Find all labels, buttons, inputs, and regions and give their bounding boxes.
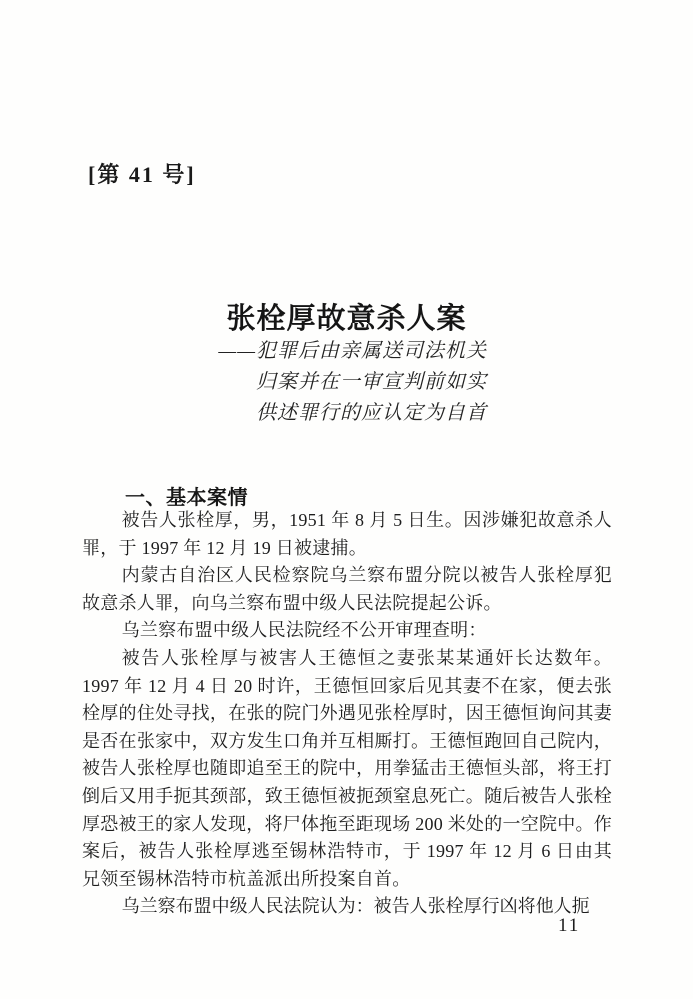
book-page: [第 41 号] 张栓厚故意杀人案 ——犯罪后由亲属送司法机关归案并在一审宣判前… [0, 0, 693, 999]
body-paragraph: 乌兰察布盟中级人民法院经不公开审理查明： [82, 617, 612, 645]
body-paragraph: 乌兰察布盟中级人民法院认为：被告人张栓厚行凶将他人扼 [82, 893, 612, 921]
body-paragraph: 被告人张栓厚与被害人王德恒之妻张某某通奸长达数年。1997 年 12 月 4 日… [82, 645, 612, 893]
case-title: 张栓厚故意杀人案 [0, 296, 693, 337]
subtitle-line: 供述罪行的应认定为自首 [218, 398, 487, 429]
page-number: 11 [558, 915, 580, 937]
case-number: [第 41 号] [88, 158, 196, 189]
case-subtitle: ——犯罪后由亲属送司法机关归案并在一审宣判前如实供述罪行的应认定为自首 [218, 336, 487, 429]
body-paragraph: 被告人张栓厚，男，1951 年 8 月 5 日生。因涉嫌犯故意杀人罪，于 199… [82, 507, 612, 562]
case-body: 被告人张栓厚，男，1951 年 8 月 5 日生。因涉嫌犯故意杀人罪，于 199… [82, 507, 612, 921]
subtitle-line: 归案并在一审宣判前如实 [218, 367, 487, 398]
section-heading: 一、基本案情 [125, 481, 248, 510]
subtitle-line: ——犯罪后由亲属送司法机关 [218, 336, 487, 367]
body-paragraph: 内蒙古自治区人民检察院乌兰察布盟分院以被告人张栓厚犯故意杀人罪，向乌兰察布盟中级… [82, 562, 612, 617]
